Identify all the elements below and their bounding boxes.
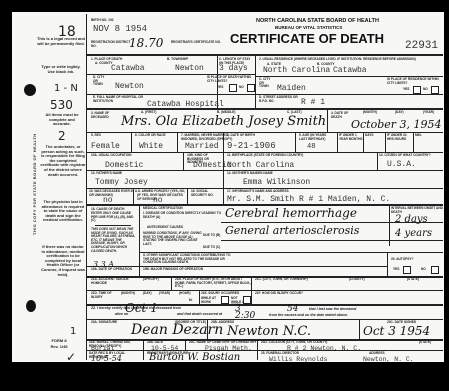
place-of-injury-label: 21b. PLACE OF INJURY (e.g., in or about … <box>175 278 251 289</box>
margin-mark-2: 2 <box>58 129 66 143</box>
date-of-death: October 3, 1954 <box>351 118 442 131</box>
res-county-label: b. COUNTY <box>317 63 335 67</box>
registration-district-no: 18.70 <box>129 36 163 50</box>
date-received: 10-5-54 <box>91 354 122 363</box>
autopsy-yes-label: YES <box>393 268 399 272</box>
vertical-copy-note: THIS COPY FOR STATE BOARD OF HEALTH <box>32 133 37 235</box>
type-legibly-note: Type or write legibly. Use black ink. <box>38 65 84 74</box>
operation-date-label: 19a. DATE OF OPERATION <box>91 268 135 272</box>
date-of-death-label: 4. DATE OF DEATH <box>331 112 351 119</box>
township-label: b. TOWNSHIP <box>167 58 188 62</box>
mother-maiden-name: Emma Wilkinson <box>243 178 310 187</box>
autopsy-no-label: NO <box>421 268 426 272</box>
dod-month-label: (Month) <box>363 111 377 115</box>
items-complete-note: All items must be complete and accurate. <box>40 113 84 127</box>
deceased-name: Mrs. Ola Elizabeth Josey Smith <box>121 114 326 129</box>
autopsy-no-checkbox[interactable] <box>431 266 439 274</box>
res-within-no-checkbox[interactable] <box>431 86 439 94</box>
death-city: Newton <box>115 82 144 91</box>
death-within-city-label: Is Place of Death Within City Limits? <box>207 76 255 83</box>
interval-b: 4 years <box>395 228 432 239</box>
death-county-label: a. COUNTY <box>95 62 113 66</box>
due-to-c-label: DUE TO (c) <box>203 246 220 250</box>
autopsy-yes-checkbox[interactable] <box>403 266 411 274</box>
death-within-no-checkbox[interactable] <box>247 84 255 92</box>
occupation: Domestic <box>105 161 143 170</box>
physician-note: The physician last in attendance is requ… <box>40 200 86 223</box>
checkmark-icon: ✓ <box>66 350 76 364</box>
operation-findings-label: 19b. MAJOR FINDINGS OF OPERATION <box>143 268 203 272</box>
time-of-injury-label: 21d. TIME OF INJURY <box>91 292 115 299</box>
usual-residence-label: 2. USUAL RESIDENCE (Where deceased lived… <box>259 58 441 62</box>
morbid-conditions-label: Morbid conditions, if any, giving rise t… <box>143 232 203 246</box>
death-city-label: d. CITY OR TOWN <box>93 76 107 87</box>
death-within-yes-label: YES <box>217 86 223 90</box>
birth-no-label: Birth No. 192 <box>91 19 114 23</box>
business: Domestic <box>193 161 231 170</box>
filed-date: NOV 8 1954 <box>93 24 147 34</box>
injury-county-label: (COUNTY) <box>349 278 365 282</box>
margin-mark-530: 530 <box>50 98 73 112</box>
occupation-label: 10a. USUAL OCCUPATION <box>91 154 181 158</box>
res-within-city-label: Is Place of Residence Within City Limits… <box>387 78 443 85</box>
cause-b: General arteriosclerosis <box>225 224 359 237</box>
death-occurred-text: and that death occurred at <box>177 313 222 317</box>
informant-label: 17. INFORMANT'S NAME AND ADDRESS <box>227 190 289 194</box>
certificate-title: CERTIFICATE OF DEATH <box>230 31 384 46</box>
sex: Female <box>91 142 120 151</box>
sex-label: 5. SEX <box>91 134 101 138</box>
age: 48 <box>307 143 315 151</box>
attended-from-date: Oct 1 <box>125 301 158 315</box>
age-days-label: Days <box>365 134 385 138</box>
informant: Mr. S.M. Smith R # 1 Maiden, N. C. <box>227 195 390 204</box>
res-within-yes-label: YES <box>403 88 409 92</box>
injury-hour-label: (Hour) <box>179 292 191 296</box>
age-label: 9. AGE (In years last birthday) <box>299 134 329 141</box>
undertaker-note: The undertaker, or person acting as such… <box>40 145 86 177</box>
res-city: Maiden <box>277 84 306 93</box>
res-city-label: c. CITY OR TOWN <box>259 78 273 89</box>
disease-condition-label: I. DISEASE OR CONDITION DIRECTLY LEADING… <box>143 212 233 219</box>
causes-text: from the causes and on the date stated a… <box>269 314 348 318</box>
cause-a: Cerebral hemorrhage <box>225 206 357 220</box>
margin-mark-1n: 1 - N <box>54 83 78 94</box>
accident-label: 21a. ACCIDENT SUICIDE HOMICIDE <box>91 278 131 285</box>
age-hours-label: If under 24 hrs Hours <box>387 134 413 141</box>
mother-label: 14. MOTHER'S MAIDEN NAME <box>227 172 273 176</box>
punch-hole <box>24 84 36 96</box>
injury-city-label: 21c. (CITY, TOWN, OR TOWNSHIP) <box>255 278 308 282</box>
other-conditions-label: II. OTHER SIGNIFICANT CONDITIONS contrib… <box>143 254 233 265</box>
res-within-yes-checkbox[interactable] <box>413 86 421 94</box>
bureau-name: BUREAU OF VITAL STATISTICS <box>275 25 342 30</box>
cert-address: Newton N.C. <box>227 324 311 339</box>
antecedent-label: ANTECEDENT CAUSES <box>147 226 183 230</box>
death-certificate-form: Birth No. 192 NOV 8 1954 NORTH CAROLINA … <box>86 14 443 360</box>
death-within-yes-checkbox[interactable] <box>229 84 237 92</box>
form-revision: Rev. 1/49 <box>44 345 74 350</box>
race: White <box>139 142 163 151</box>
res-street: R # 1 <box>301 98 325 107</box>
legal-record-note: This is a legal record and will be perma… <box>36 37 86 46</box>
certificate-number: 22931 <box>405 40 438 52</box>
cause-instructions: Enter only one cause per line for (a), (… <box>91 212 137 223</box>
race-label: 6. COLOR OR RACE <box>135 134 166 138</box>
due-to-b-label: DUE TO (b) <box>203 234 220 238</box>
length-of-stay: 3 days <box>219 64 248 73</box>
injury-year-label: (Year) <box>159 292 170 296</box>
res-within-no-label: NO <box>423 88 428 92</box>
birthplace-label: 11. BIRTHPLACE (State or foreign country… <box>227 154 377 158</box>
interval-a: 2 days <box>395 214 428 225</box>
funeral-director: Willis Reynolds <box>269 356 328 363</box>
cause-note: This does not mean the mode of dying, su… <box>91 228 137 253</box>
how-injury-label: 21f. HOW DID INJURY OCCUR? <box>255 292 303 296</box>
hospital-label: e. FULL NAME OF HOSPITAL OR INSTITUTION <box>93 96 153 103</box>
date-signed: Oct 3 1954 <box>363 324 430 338</box>
funeral-address: Newton, N. C. <box>363 356 414 363</box>
death-within-no-label: NO <box>239 86 244 90</box>
res-state: North Carolina <box>263 66 330 75</box>
form-number: FORM 8 <box>44 339 74 344</box>
injury-state-label: (STATE) <box>407 278 419 282</box>
birthplace: North Carolina <box>227 161 294 170</box>
res-county: Catawba <box>333 66 367 75</box>
age-min-label: Min. <box>415 134 422 138</box>
father-label: 13. FATHER'S NAME <box>91 172 122 176</box>
citizenship: U.S.A. <box>387 160 416 169</box>
date-of-birth: 9-21-1906 <box>227 141 276 151</box>
last-saw-text: that I last saw the deceased <box>309 308 356 312</box>
dod-year-label: (Year) <box>423 111 434 115</box>
no-doctor-note: If there was no doctor in attendance, me… <box>40 245 86 277</box>
ssn-label: 16. SOCIAL SECURITY NO. <box>191 190 223 197</box>
citizen-label: 12. CITIZEN OF WHAT COUNTRY? <box>379 154 439 158</box>
degree-label: (Degree or title) <box>175 321 206 325</box>
not-while-work-checkbox[interactable] <box>243 296 251 304</box>
death-county: Catawba <box>111 64 145 73</box>
punch-hole <box>26 300 36 312</box>
location-state-label: (State) <box>419 341 431 345</box>
injury-m-label: m. <box>189 299 193 303</box>
board-name: NORTH CAROLINA STATE BOARD OF HEALTH <box>256 18 379 24</box>
registrar-signature: Burton W. Bostian <box>149 352 240 363</box>
marital-status: Married <box>185 142 219 151</box>
dod-day-label: (Day) <box>395 111 404 115</box>
registrar-cert-label: REGISTRAR'S CERTIFICATE NO. <box>171 41 221 45</box>
specify-label: (Specify) <box>143 278 159 282</box>
father-name: Tommy Josey <box>95 178 148 187</box>
while-at-work-checkbox[interactable] <box>221 296 229 304</box>
margin-mark-1: 1 <box>70 326 76 337</box>
injury-month-label: (Month) <box>121 292 135 296</box>
alive-on-text: alive on <box>115 313 128 317</box>
name-label: 3. NAME OF DECEASED <box>91 112 115 119</box>
injury-day-label: (Day) <box>143 292 152 296</box>
registration-district-label: REGISTRATION DISTRICT NO. <box>91 41 131 48</box>
dob-label: 8. DATE OF BIRTH <box>227 134 255 138</box>
signature-label: 23a. SIGNATURE <box>91 321 117 325</box>
death-township: Newton <box>175 64 204 73</box>
age-months-label: If under 1 year Months <box>339 134 363 141</box>
res-street-label: d. STREET ADDRESS or R.F.D. NO. <box>259 96 299 103</box>
autopsy-label: 20. AUTOPSY? <box>391 258 414 262</box>
